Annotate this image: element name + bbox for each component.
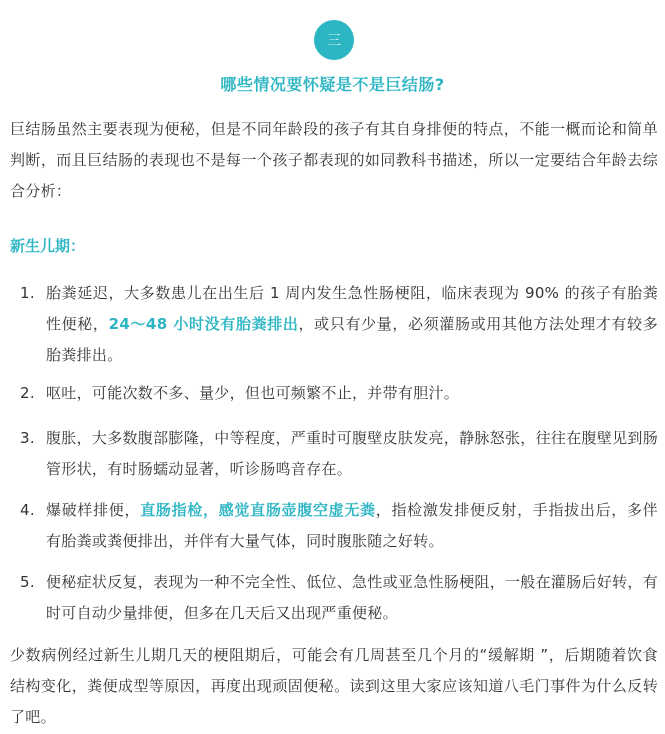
list-item: 4. 爆破样排便，直肠指检，感觉直肠壶腹空虚无粪，指检激发排便反射，手指拔出后，… [20, 495, 658, 557]
list-text: 便秘症状反复，表现为一种不完全性、低位、急性或亚急性肠梗阻，一般在灌肠后好转，有… [46, 567, 658, 629]
list-item: 5. 便秘症状反复，表现为一种不完全性、低位、急性或亚急性肠梗阻，一般在灌肠后好… [20, 567, 658, 629]
list-item: 2. 呕吐，可能次数不多、量少，但也可频繁不止，并带有胆汁。 [20, 378, 658, 409]
list-number: 4. [20, 495, 46, 557]
section-heading: 新生儿期： [10, 235, 85, 256]
list-item: 1. 胎粪延迟，大多数患儿在出生后 1 周内发生急性肠梗阻，临床表现为 90% … [20, 278, 658, 371]
list-text: 腹胀，大多数腹部膨隆，中等程度，严重时可腹壁皮肤发亮，静脉怒张，往往在腹壁见到肠… [46, 423, 658, 485]
list-number: 3. [20, 423, 46, 485]
list-number: 1. [20, 278, 46, 371]
highlight-text: 直肠指检，感觉直肠壶腹空虚无粪 [140, 501, 376, 519]
list-text: 呕吐，可能次数不多、量少，但也可频繁不止，并带有胆汁。 [46, 378, 658, 409]
page-title: 哪些情况要怀疑是不是巨结肠? [0, 72, 665, 95]
list-item: 3. 腹胀，大多数腹部膨隆，中等程度，严重时可腹壁皮肤发亮，静脉怒张，往往在腹壁… [20, 423, 658, 485]
section-number: 三 [327, 30, 341, 50]
highlight-text: 24～48 小时没有胎粪排出 [109, 315, 299, 333]
section-number-badge: 三 [314, 20, 354, 60]
closing-paragraph: 少数病例经过新生儿期几天的梗阻期后，可能会有几周甚至几个月的“缓解期 ”，后期随… [10, 640, 658, 733]
intro-paragraph: 巨结肠虽然主要表现为便秘，但是不同年龄段的孩子有其自身排便的特点，不能一概而论和… [10, 114, 658, 207]
list-number: 2. [20, 378, 46, 409]
list-number: 5. [20, 567, 46, 629]
list-text: 爆破样排便，直肠指检，感觉直肠壶腹空虚无粪，指检激发排便反射，手指拔出后，多伴有… [46, 495, 658, 557]
list-text: 胎粪延迟，大多数患儿在出生后 1 周内发生急性肠梗阻，临床表现为 90% 的孩子… [46, 278, 658, 371]
